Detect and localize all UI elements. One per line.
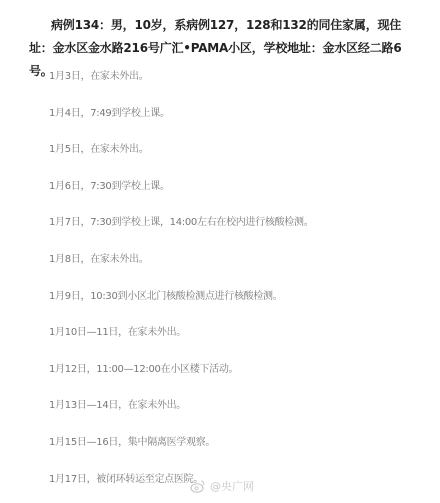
timeline-list: 1月3日，在家未外出。 1月4日，7:49到学校上课。 1月5日，在家未外出。 … <box>49 70 313 503</box>
timeline-entry: 1月13日—14日，在家未外出。 <box>49 399 313 436</box>
timeline-entry: 1月9日，10:30到小区北门核酸检测点进行核酸检测。 <box>49 290 313 327</box>
timeline-entry: 1月17日，被闭环转运至定点医院。 <box>49 473 313 503</box>
timeline-entry: 1月4日，7:49到学校上课。 <box>49 107 313 144</box>
timeline-entry: 1月6日，7:30到学校上课。 <box>49 180 313 217</box>
timeline-entry: 1月5日，在家未外出。 <box>49 143 313 180</box>
timeline-entry: 1月7日，7:30到学校上课，14:00左右在校内进行核酸检测。 <box>49 216 313 253</box>
timeline-entry: 1月15日—16日，集中隔离医学观察。 <box>49 436 313 473</box>
timeline-entry: 1月10日—11日，在家未外出。 <box>49 326 313 363</box>
timeline-entry: 1月8日，在家未外出。 <box>49 253 313 290</box>
watermark: @央广网 <box>190 478 254 494</box>
timeline-entry: 1月3日，在家未外出。 <box>49 70 313 107</box>
timeline-entry: 1月12日，11:00—12:00在小区楼下活动。 <box>49 363 313 400</box>
weibo-icon <box>190 479 206 493</box>
watermark-text: @央广网 <box>210 478 254 494</box>
